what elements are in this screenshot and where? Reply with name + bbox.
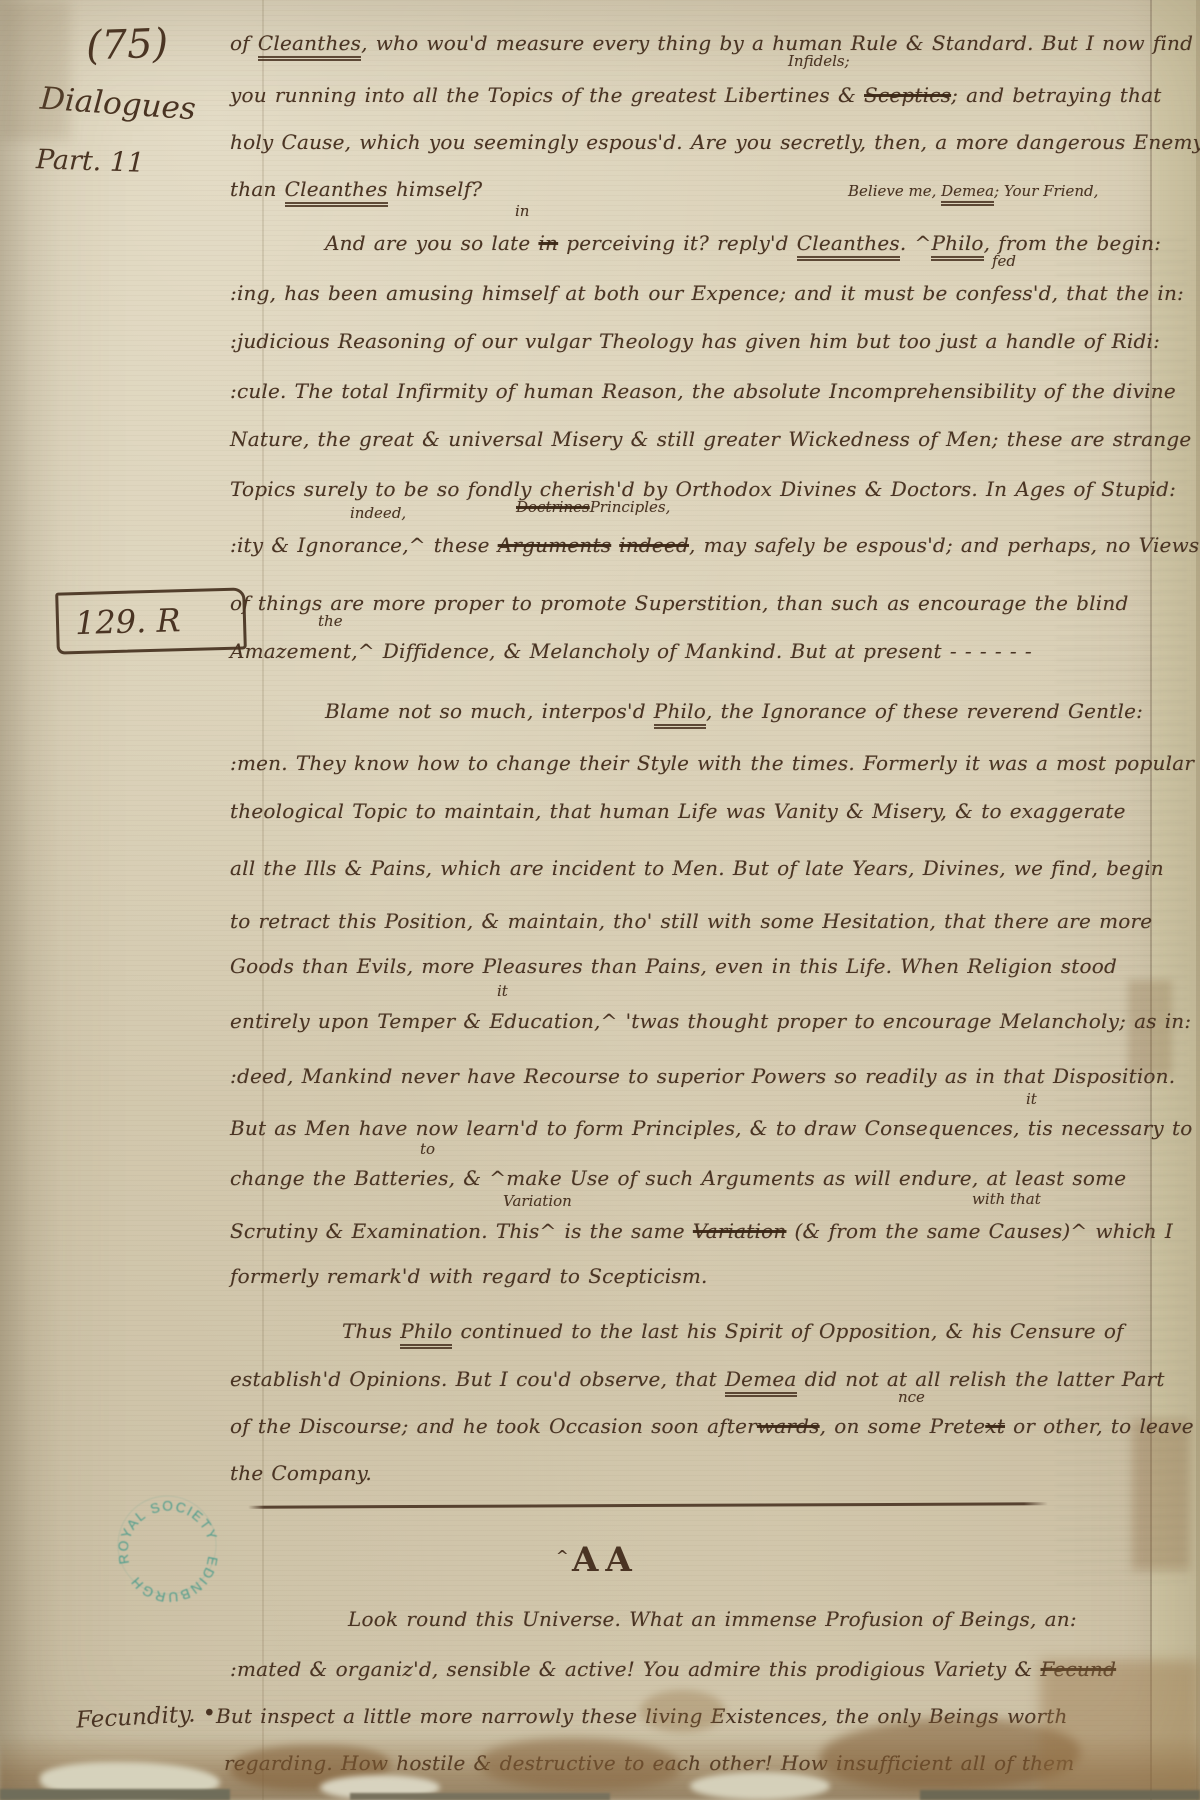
interlinear-insertion: nce — [898, 1388, 925, 1406]
fold-crease — [262, 0, 264, 1800]
line-text: did not at all relish the latter Part — [797, 1367, 1165, 1391]
line-text: , may safely be espous'd; and perhaps, n… — [689, 533, 1199, 557]
manuscript-line: Thus Philo continued to the last his Spi… — [342, 1316, 1124, 1347]
manuscript-line: :deed, Mankind never have Recourse to su… — [230, 1061, 1175, 1092]
interlinear-insertion: DoctrinesPrinciples, — [516, 498, 670, 516]
catalog-mark-box: 129. R — [55, 587, 247, 654]
manuscript-line: Amazement,^ Diffidence, & Melancholy of … — [230, 636, 1032, 667]
manuscript-line: :mated & organiz'd, sensible & active! Y… — [230, 1654, 1116, 1685]
struck-word: Sceptics — [864, 83, 951, 107]
manuscript-line: entirely upon Temper & Education,^ 'twas… — [230, 1006, 1191, 1037]
manuscript-line: establish'd Opinions. But I cou'd observ… — [230, 1364, 1165, 1395]
manuscript-line: Nature, the great & universal Misery & s… — [230, 424, 1191, 455]
page-bottom-edge — [0, 1789, 230, 1800]
manuscript-line: :ity & Ignorance,^ these Arguments indee… — [230, 530, 1199, 561]
manuscript-page: (75) Dialogues Part. 11 129. R Fecundity… — [0, 0, 1200, 1800]
line-text: or other, to leave — [1005, 1414, 1194, 1438]
manuscript-line: of the Discourse; and he took Occasion s… — [230, 1411, 1194, 1442]
manuscript-line: And are you so late in perceiving it? re… — [325, 228, 1161, 259]
torn-paper-patch — [40, 1762, 220, 1800]
manuscript-line: :ing, has been amusing himself at both o… — [230, 278, 1184, 309]
interlinear-insertion: the — [318, 612, 343, 630]
underlined-name: Cleanthes — [285, 177, 388, 207]
struck-word: wards — [757, 1414, 820, 1438]
interlinear-insertion: it — [1026, 1090, 1037, 1108]
folio-number: (75) — [85, 21, 169, 70]
part-label-note: Part. 11 — [35, 144, 144, 179]
underlined-name: Demea — [725, 1367, 797, 1397]
line-text: than — [230, 177, 285, 201]
line-text: , who wou'd measure every thing by a hum… — [361, 31, 1193, 55]
struck-word: Arguments — [498, 533, 611, 557]
interlinear-insertion: in — [515, 202, 529, 220]
struck-word: xt — [985, 1414, 1005, 1438]
interlinear-insertion: to — [420, 1140, 435, 1158]
struck-word: Variation — [693, 1219, 787, 1243]
line-text: of the Discourse; and he took Occasion s… — [230, 1414, 757, 1438]
insertion-text: Believe me, — [848, 182, 941, 200]
line-text: , on some Prete — [820, 1414, 986, 1438]
manuscript-line: you running into all the Topics of the g… — [230, 80, 1161, 111]
interlinear-insertion: it — [497, 982, 508, 1000]
quire-signature: AA — [572, 1540, 639, 1580]
manuscript-line: :men. They know how to change their Styl… — [230, 748, 1194, 779]
struck-word: in — [538, 231, 558, 255]
line-text: establish'd Opinions. But I cou'd observ… — [230, 1367, 725, 1391]
line-text: (& from the same Causes)^ which I — [786, 1219, 1173, 1243]
manuscript-line: the Company. — [230, 1458, 372, 1489]
svg-text:EDINBURGH: EDINBURGH — [126, 1552, 229, 1615]
manuscript-line: Blame not so much, interpos'd Philo, the… — [325, 696, 1143, 727]
line-text: himself? — [388, 177, 483, 201]
manuscript-line: of Cleanthes, who wou'd measure every th… — [230, 28, 1193, 59]
royal-society-stamp: ROYAL SOCIETY EDINBURGH — [97, 1475, 237, 1615]
line-text: Thus — [342, 1319, 400, 1343]
insertion-text: Principles, — [590, 498, 671, 516]
underlined-name: Cleanthes — [797, 231, 900, 261]
line-text: :mated & organiz'd, sensible & active! Y… — [230, 1657, 1041, 1681]
line-text: ; and betraying that — [951, 83, 1161, 107]
struck-word: Fecund — [1041, 1657, 1117, 1681]
manuscript-line: regarding. How hostile & destructive to … — [224, 1748, 1074, 1779]
catalog-mark: 129. R — [74, 601, 181, 642]
manuscript-line: formerly remark'd with regard to Sceptic… — [230, 1261, 708, 1292]
work-title-note: Dialogues — [39, 81, 197, 128]
manuscript-line: to retract this Position, & maintain, th… — [230, 906, 1152, 937]
insertion-caret: ^ — [556, 1547, 569, 1565]
line-text: of — [230, 31, 258, 55]
interlinear-insertion: Variation — [503, 1192, 572, 1210]
line-text: :ity & Ignorance,^ these — [230, 533, 498, 557]
line-text: continued to the last his Spirit of Oppo… — [452, 1319, 1123, 1343]
interlinear-insertion: Infidels; — [788, 52, 850, 70]
manuscript-line: But as Men have now learn'd to form Prin… — [230, 1113, 1192, 1144]
manuscript-line: But inspect a little more narrowly these… — [216, 1701, 1068, 1732]
interlinear-insertion: fed — [992, 252, 1016, 270]
line-text: perceiving it? reply'd — [558, 231, 797, 255]
struck-word: Doctrines — [516, 498, 590, 516]
insertion-text: ; Your Friend, — [994, 182, 1098, 200]
line-text: . ^ — [900, 231, 932, 255]
interlinear-insertion: indeed, — [350, 504, 406, 522]
underlined-name: Cleanthes — [258, 31, 361, 61]
section-divider-line — [248, 1502, 1048, 1508]
page-bottom-edge — [350, 1793, 610, 1800]
stamp-text-bottom: EDINBURGH — [126, 1552, 229, 1615]
manuscript-line: Scrutiny & Examination. This^ is the sam… — [230, 1216, 1173, 1247]
underlined-name: Philo — [931, 231, 983, 261]
line-text: And are you so late — [325, 231, 538, 255]
line-text: , the Ignorance of these reverend Gentle… — [706, 699, 1143, 723]
manuscript-line: all the Ills & Pains, which are incident… — [230, 853, 1164, 884]
underlined-name: Demea — [941, 182, 994, 206]
interlinear-insertion: with that — [972, 1190, 1041, 1208]
manuscript-line: :judicious Reasoning of our vulgar Theol… — [230, 326, 1160, 357]
svg-text:ROYAL SOCIETY: ROYAL SOCIETY — [103, 1486, 220, 1566]
manuscript-line: theological Topic to maintain, that huma… — [230, 796, 1126, 827]
manuscript-line: Goods than Evils, more Pleasures than Pa… — [230, 951, 1117, 982]
struck-word: indeed — [619, 533, 689, 557]
line-text: Blame not so much, interpos'd — [325, 699, 654, 723]
manuscript-line: than Cleanthes himself? — [230, 174, 482, 205]
interlinear-insertion: Believe me, Demea; Your Friend, — [848, 182, 1098, 200]
stamp-text-top: ROYAL SOCIETY — [103, 1486, 220, 1566]
manuscript-line: Topics surely to be so fondly cherish'd … — [230, 474, 1176, 505]
margin-note-fecundity: Fecundity. • — [75, 1700, 216, 1733]
underlined-name: Philo — [654, 699, 706, 729]
manuscript-line: Look round this Universe. What an immens… — [348, 1604, 1077, 1635]
underlined-name: Philo — [400, 1319, 452, 1349]
line-text: you running into all the Topics of the g… — [230, 83, 864, 107]
manuscript-line: of things are more proper to promote Sup… — [230, 588, 1128, 619]
stain — [0, 0, 70, 140]
manuscript-line: :cule. The total Infirmity of human Reas… — [230, 376, 1176, 407]
manuscript-line: holy Cause, which you seemingly espous'd… — [230, 127, 1200, 158]
line-text: Scrutiny & Examination. This^ is the sam… — [230, 1219, 693, 1243]
